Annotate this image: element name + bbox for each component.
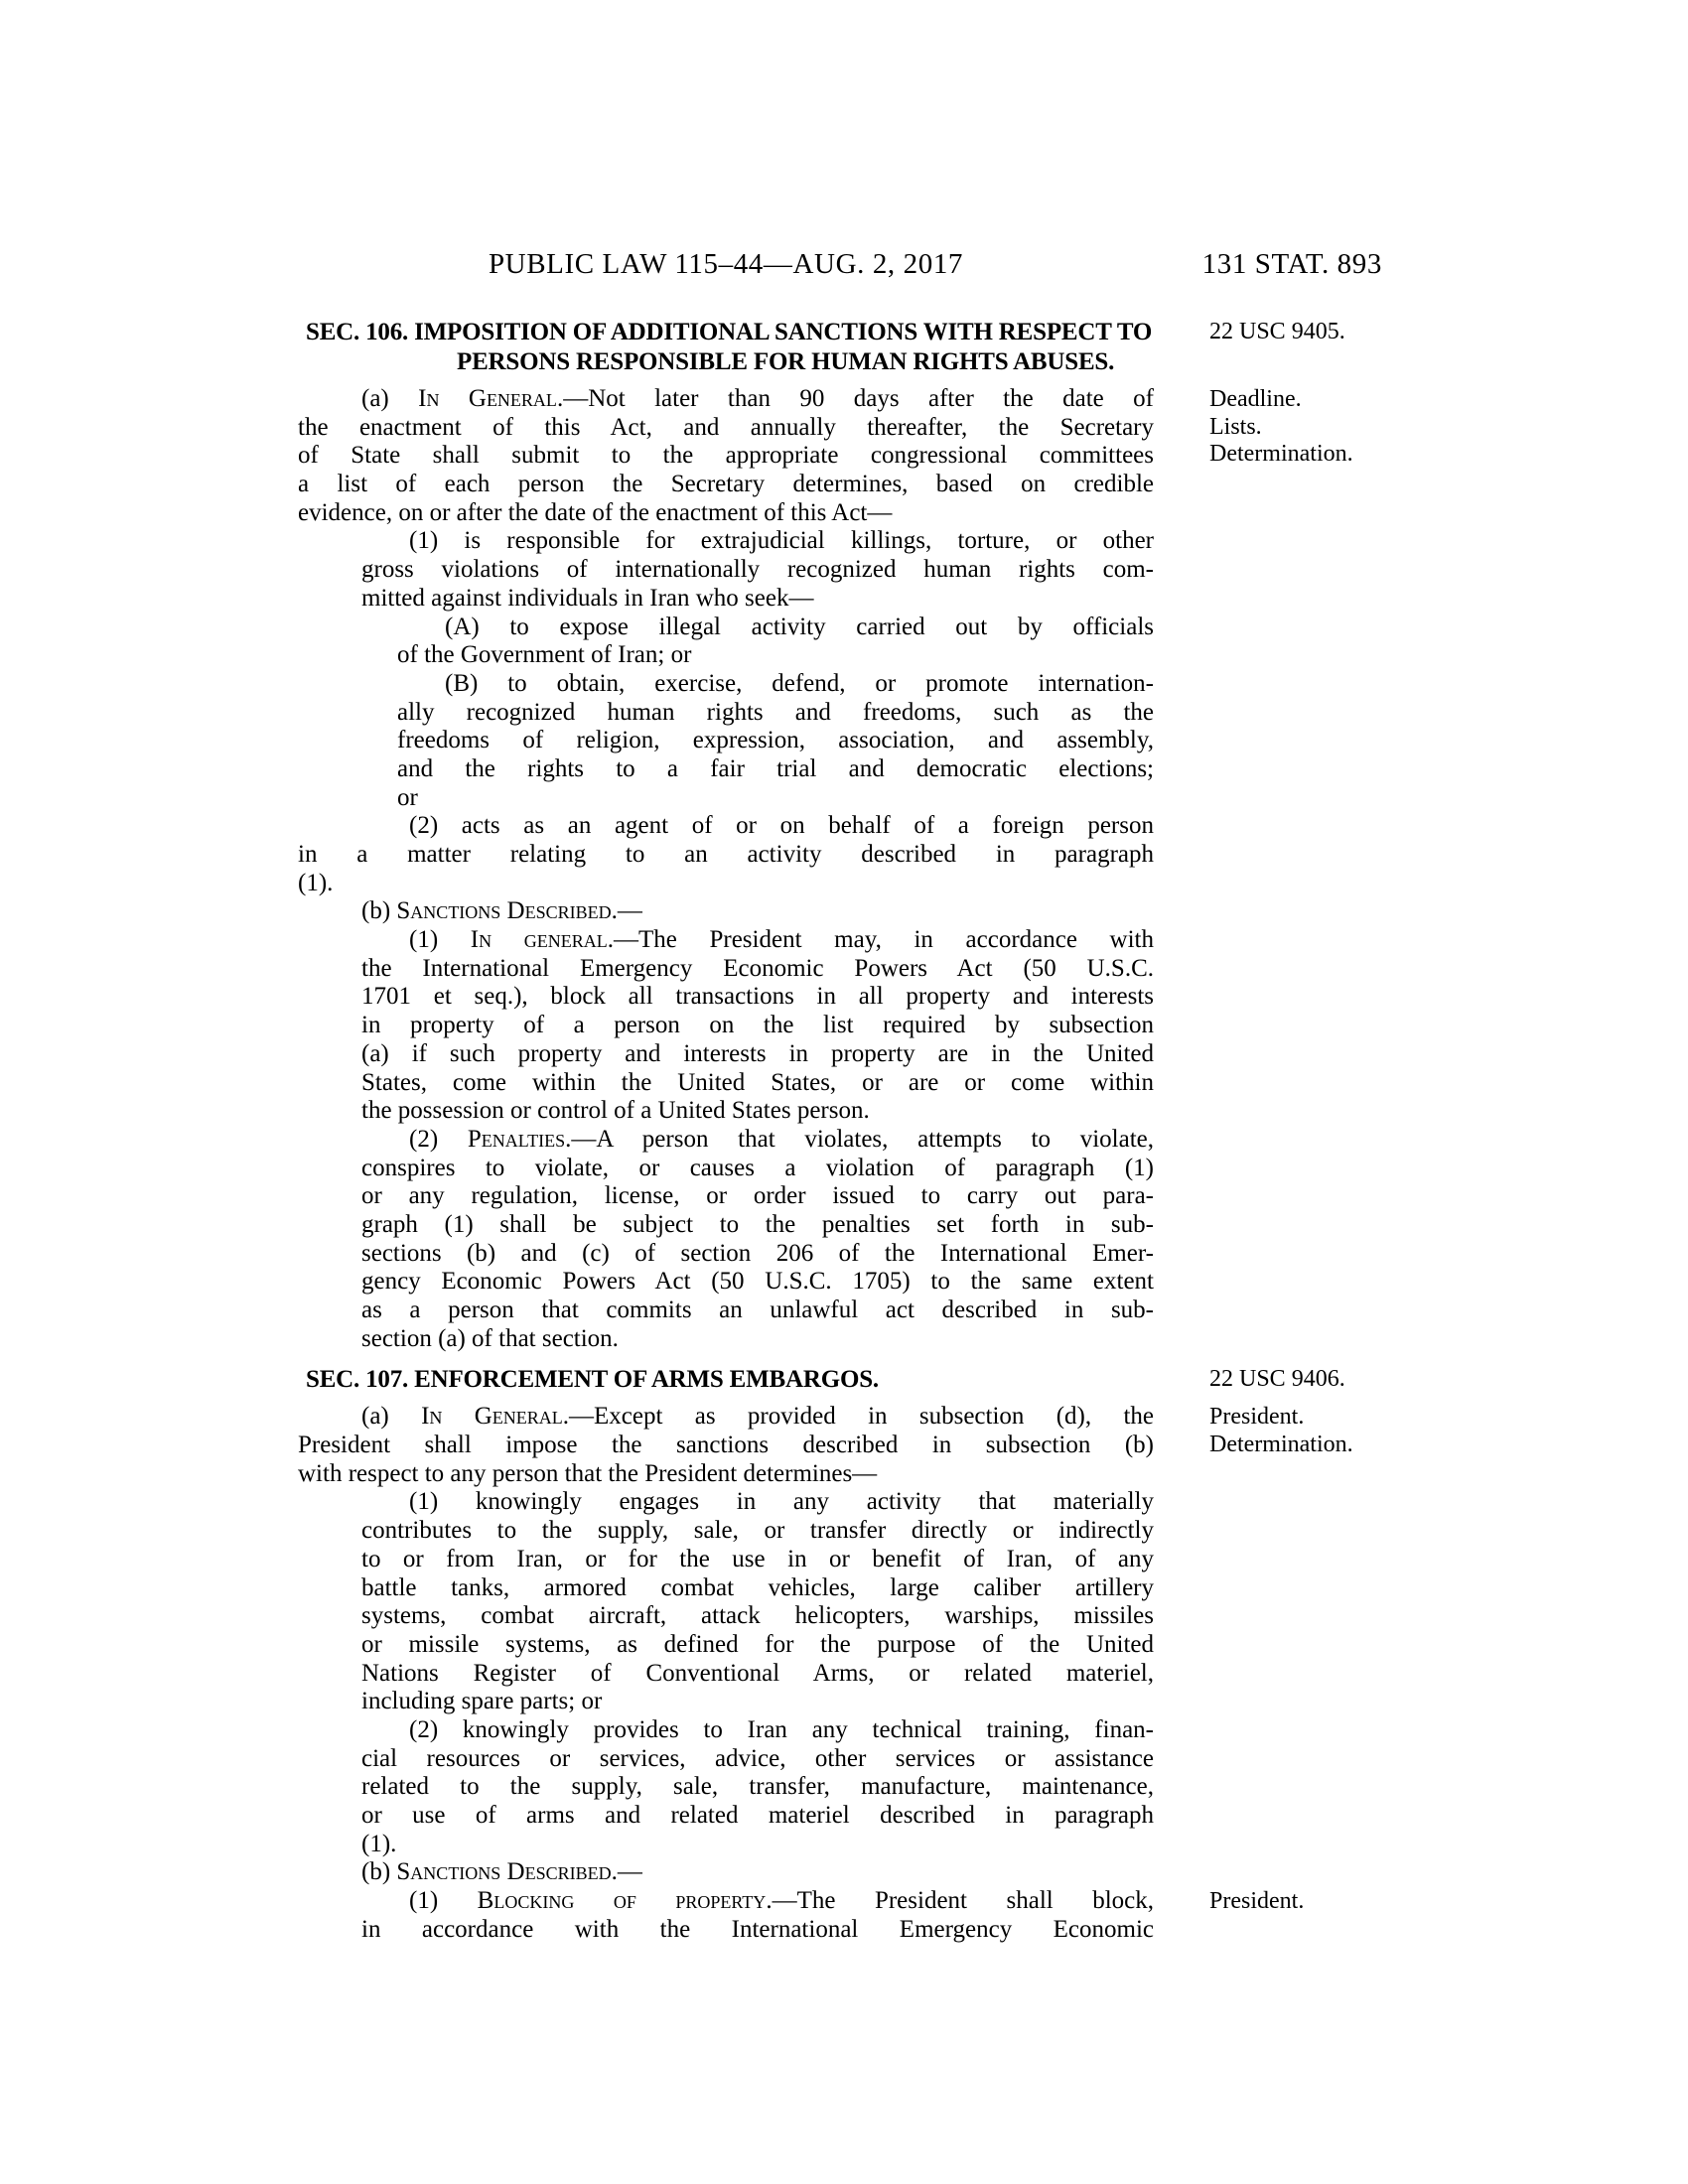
running-head-title: PUBLIC LAW 115–44—AUG. 2, 2017	[298, 248, 1154, 281]
text-line: a list of each person the Secretary dete…	[298, 471, 1154, 499]
text-line: (b) Sanctions Described.—	[298, 1858, 1154, 1887]
text-segment: (a)	[361, 1403, 421, 1430]
text-line: including spare parts; or	[298, 1688, 1154, 1716]
text-segment: (2) knowingly provides to Iran any techn…	[409, 1716, 1154, 1743]
text-segment: gross violations of internationally reco…	[361, 556, 1154, 583]
text-segment: (b)	[361, 897, 396, 924]
text-line: graph (1) shall be subject to the penalt…	[298, 1211, 1154, 1240]
margin-note-line: Deadline.	[1209, 386, 1408, 414]
text-line: in property of a person on the list requ…	[298, 1012, 1154, 1040]
text-segment: .—	[612, 1858, 642, 1885]
text-line: (1) knowingly engages in any activity th…	[298, 1488, 1154, 1517]
document-page: PUBLIC LAW 115–44—AUG. 2, 2017 131 STAT.…	[0, 0, 1688, 2184]
text-line: President shall impose the sanctions des…	[298, 1432, 1154, 1460]
text-line: Nations Register of Conventional Arms, o…	[298, 1660, 1154, 1689]
text-segment: the possession or control of a United St…	[361, 1097, 870, 1124]
margin-note-line: 22 USC 9406.	[1209, 1366, 1408, 1394]
text-segment: a list of each person the Secretary dete…	[298, 471, 1154, 497]
text-segment: .—	[612, 897, 642, 924]
text-line: as a person that commits an unlawful act…	[298, 1297, 1154, 1325]
text-segment: related to the supply, sale, transfer, m…	[361, 1773, 1154, 1800]
margin-note-line: President.	[1209, 1404, 1408, 1432]
text-segment: or use of arms and related materiel desc…	[361, 1802, 1154, 1829]
text-line: or	[298, 784, 1154, 813]
text-segment: cial resources or services, advice, othe…	[361, 1745, 1154, 1772]
running-head-page-number: 131 STAT. 893	[1084, 248, 1382, 281]
text-segment: conspires to violate, or causes a violat…	[361, 1155, 1154, 1181]
margin-note-line: President.	[1209, 1888, 1408, 1916]
text-segment: ally recognized human rights and freedom…	[397, 699, 1154, 726]
text-line: in a matter relating to an activity desc…	[298, 841, 1154, 870]
text-line: (a) if such property and interests in pr…	[298, 1040, 1154, 1069]
text-line: freedoms of religion, expression, associ…	[298, 727, 1154, 755]
text-line: (1).	[298, 870, 1154, 898]
text-segment: .—The President shall block,	[766, 1887, 1154, 1914]
text-segment: or missile systems, as defined for the p…	[361, 1631, 1154, 1658]
text-segment: (b)	[361, 1858, 396, 1885]
text-segment: graph (1) shall be subject to the penalt…	[361, 1211, 1154, 1238]
text-segment: President shall impose the sanctions des…	[298, 1432, 1154, 1458]
text-segment: (1) is responsible for extrajudicial kil…	[409, 527, 1154, 554]
margin-note-line: 22 USC 9405.	[1209, 319, 1408, 346]
text-line: (b) Sanctions Described.—	[298, 897, 1154, 926]
text-segment: (a)	[361, 385, 418, 412]
text-segment: (1).	[298, 870, 333, 896]
text-segment: .—Not later than 90 days after the date …	[557, 385, 1154, 412]
text-segment: as a person that commits an unlawful act…	[361, 1297, 1154, 1323]
text-segment: (A) to expose illegal activity carried o…	[445, 614, 1154, 640]
text-segment: evidence, on or after the date of the en…	[298, 499, 892, 526]
text-segment: (1)	[409, 926, 471, 953]
text-line: section (a) of that section.	[298, 1325, 1154, 1354]
text-line: gency Economic Powers Act (50 U.S.C. 170…	[298, 1268, 1154, 1297]
text-segment: systems, combat aircraft, attack helicop…	[361, 1602, 1154, 1629]
text-line: (B) to obtain, exercise, defend, or prom…	[298, 670, 1154, 699]
text-segment: (a) if such property and interests in pr…	[361, 1040, 1154, 1067]
text-line: (A) to expose illegal activity carried o…	[298, 614, 1154, 642]
text-segment: in a matter relating to an activity desc…	[298, 841, 1154, 868]
text-segment: mitted against individuals in Iran who s…	[361, 585, 813, 612]
text-column: SEC. 106. IMPOSITION OF ADDITIONAL SANCT…	[298, 318, 1154, 1944]
text-segment: (B) to obtain, exercise, defend, or prom…	[445, 670, 1154, 697]
heading-line: SEC. 106. IMPOSITION OF ADDITIONAL SANCT…	[298, 318, 1154, 347]
margin-note: 22 USC 9405.	[1209, 319, 1408, 346]
text-segment: the enactment of this Act, and annually …	[298, 414, 1154, 441]
text-line: 1701 et seq.), block all transactions in…	[298, 983, 1154, 1012]
text-line: with respect to any person that the Pres…	[298, 1460, 1154, 1489]
text-line: States, come within the United States, o…	[298, 1069, 1154, 1098]
text-segment: Penalties	[468, 1126, 565, 1153]
text-segment: and the rights to a fair trial and democ…	[397, 755, 1154, 782]
text-segment: PERSONS RESPONSIBLE FOR HUMAN RIGHTS ABU…	[457, 348, 1114, 375]
text-segment: section (a) of that section.	[361, 1325, 619, 1352]
text-line: of State shall submit to the appropriate…	[298, 442, 1154, 471]
text-segment: with respect to any person that the Pres…	[298, 1460, 877, 1487]
text-line: the International Emergency Economic Pow…	[298, 955, 1154, 984]
text-segment: battle tanks, armored combat vehicles, l…	[361, 1574, 1154, 1601]
margin-note: Deadline.Lists.Determination.	[1209, 386, 1408, 469]
text-line: contributes to the supply, sale, or tran…	[298, 1517, 1154, 1546]
section-heading: SEC. 107. ENFORCEMENT OF ARMS EMBARGOS.	[298, 1365, 1154, 1395]
text-line: sections (b) and (c) of section 206 of t…	[298, 1240, 1154, 1269]
text-line: (2) Penalties.—A person that violates, a…	[298, 1126, 1154, 1155]
text-line: and the rights to a fair trial and democ…	[298, 755, 1154, 784]
text-line: mitted against individuals in Iran who s…	[298, 585, 1154, 614]
text-segment: .—Except as provided in subsection (d), …	[563, 1403, 1154, 1430]
text-segment: (2)	[409, 1126, 468, 1153]
heading-line: SEC. 107. ENFORCEMENT OF ARMS EMBARGOS.	[298, 1365, 1154, 1395]
body-block: (a) In General.—Not later than 90 days a…	[298, 385, 1154, 1353]
text-line: (1).	[298, 1831, 1154, 1859]
text-segment: or any regulation, license, or order iss…	[361, 1182, 1154, 1209]
text-segment: sections (b) and (c) of section 206 of t…	[361, 1240, 1154, 1267]
section-heading: SEC. 106. IMPOSITION OF ADDITIONAL SANCT…	[298, 318, 1154, 377]
text-segment: (1)	[409, 1887, 478, 1914]
text-segment: SEC. 106. IMPOSITION OF ADDITIONAL SANCT…	[306, 319, 1152, 345]
text-line: battle tanks, armored combat vehicles, l…	[298, 1574, 1154, 1603]
text-segment: the International Emergency Economic Pow…	[361, 955, 1154, 982]
heading-line: PERSONS RESPONSIBLE FOR HUMAN RIGHTS ABU…	[298, 347, 1154, 377]
text-segment: 1701 et seq.), block all transactions in…	[361, 983, 1154, 1010]
text-segment: gency Economic Powers Act (50 U.S.C. 170…	[361, 1268, 1154, 1295]
margin-note: 22 USC 9406.	[1209, 1366, 1408, 1394]
text-line: (2) knowingly provides to Iran any techn…	[298, 1716, 1154, 1745]
text-line: ally recognized human rights and freedom…	[298, 699, 1154, 728]
text-segment: In General	[421, 1403, 563, 1430]
text-line: (1) In general.—The President may, in ac…	[298, 926, 1154, 955]
text-line: gross violations of internationally reco…	[298, 556, 1154, 585]
text-line: (2) acts as an agent of or on behalf of …	[298, 812, 1154, 841]
text-line: (1) Blocking of property.—The President …	[298, 1887, 1154, 1916]
text-segment: freedoms of religion, expression, associ…	[397, 727, 1154, 753]
text-segment: .—The President may, in accordance with	[608, 926, 1154, 953]
text-line: of the Government of Iran; or	[298, 641, 1154, 670]
text-segment: (1).	[361, 1831, 396, 1857]
text-line: the enactment of this Act, and annually …	[298, 414, 1154, 443]
text-line: evidence, on or after the date of the en…	[298, 499, 1154, 528]
text-segment: In General	[418, 385, 557, 412]
text-segment: in property of a person on the list requ…	[361, 1012, 1154, 1038]
text-segment: of the Government of Iran; or	[397, 641, 691, 668]
text-segment: in accordance with the International Eme…	[361, 1916, 1154, 1943]
text-segment: Sanctions Described	[396, 897, 611, 924]
text-segment: contributes to the supply, sale, or tran…	[361, 1517, 1154, 1544]
text-line: cial resources or services, advice, othe…	[298, 1745, 1154, 1774]
text-line: (a) In General.—Not later than 90 days a…	[298, 385, 1154, 414]
text-segment: including spare parts; or	[361, 1688, 602, 1714]
text-segment: States, come within the United States, o…	[361, 1069, 1154, 1096]
margin-note-line: Lists.	[1209, 414, 1408, 442]
margin-note: President.	[1209, 1888, 1408, 1916]
text-segment: SEC. 107. ENFORCEMENT OF ARMS EMBARGOS.	[306, 1366, 879, 1393]
text-line: (1) is responsible for extrajudicial kil…	[298, 527, 1154, 556]
text-segment: (1) knowingly engages in any activity th…	[409, 1488, 1154, 1515]
text-line: or any regulation, license, or order iss…	[298, 1182, 1154, 1211]
text-segment: Blocking of property	[478, 1887, 767, 1914]
margin-note-line: Determination.	[1209, 441, 1408, 469]
text-line: to or from Iran, or for the use in or be…	[298, 1546, 1154, 1574]
text-line: or missile systems, as defined for the p…	[298, 1631, 1154, 1660]
text-segment: Sanctions Described	[396, 1858, 611, 1885]
text-line: related to the supply, sale, transfer, m…	[298, 1773, 1154, 1802]
text-segment: (2) acts as an agent of or on behalf of …	[409, 812, 1154, 839]
margin-note-line: Determination.	[1209, 1432, 1408, 1459]
text-segment: to or from Iran, or for the use in or be…	[361, 1546, 1154, 1572]
text-segment: or	[397, 784, 418, 811]
text-segment: Nations Register of Conventional Arms, o…	[361, 1660, 1154, 1687]
text-segment: .—A person that violates, attempts to vi…	[565, 1126, 1154, 1153]
text-line: in accordance with the International Eme…	[298, 1916, 1154, 1945]
body-block: (a) In General.—Except as provided in su…	[298, 1403, 1154, 1944]
text-line: conspires to violate, or causes a violat…	[298, 1155, 1154, 1183]
text-line: or use of arms and related materiel desc…	[298, 1802, 1154, 1831]
text-line: systems, combat aircraft, attack helicop…	[298, 1602, 1154, 1631]
text-segment: In general	[471, 926, 608, 953]
margin-note: President.Determination.	[1209, 1404, 1408, 1458]
text-line: the possession or control of a United St…	[298, 1097, 1154, 1126]
text-segment: of State shall submit to the appropriate…	[298, 442, 1154, 469]
text-line: (a) In General.—Except as provided in su…	[298, 1403, 1154, 1432]
